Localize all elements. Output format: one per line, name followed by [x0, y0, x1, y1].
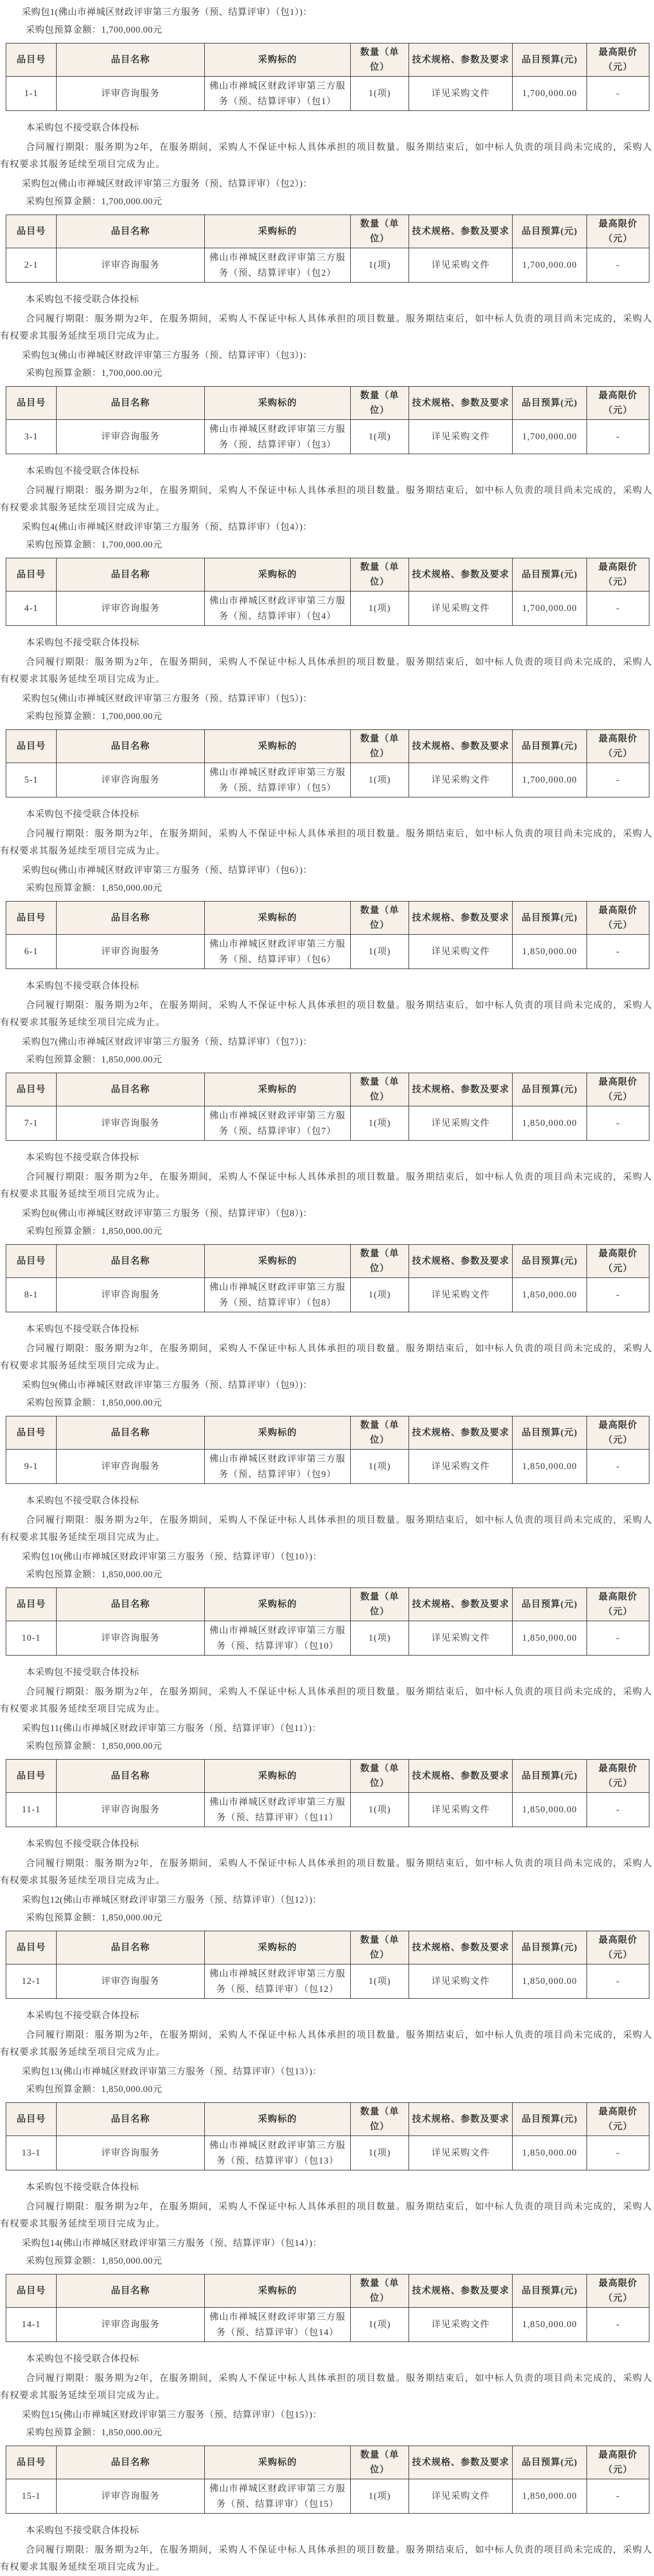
contract-period-note: 合同履行期限：服务期为2年，在服务期间，采购人不保证中标人具体承担的项目数量。服…	[0, 2370, 652, 2404]
col-header-max-price: 最高限价（元）	[587, 387, 649, 420]
cell-item-no: 13-1	[6, 2136, 57, 2170]
items-table: 品目号 品目名称 采购标的 数量（单位） 技术规格、参数及要求 品目预算(元) …	[6, 43, 649, 111]
cell-spec: 详见采购文件	[409, 420, 513, 454]
cell-item-name: 评审咨询服务	[57, 1964, 205, 1999]
col-header-target: 采购标的	[205, 1760, 351, 1793]
col-header-quantity: 数量（单位）	[351, 387, 409, 420]
items-table: 品目号 品目名称 采购标的 数量（单位） 技术规格、参数及要求 品目预算(元) …	[6, 901, 649, 969]
package-budget-line: 采购包预算金额：1,700,000.00元	[0, 711, 654, 723]
col-header-item-no: 品目号	[6, 387, 57, 420]
cell-max-price: -	[587, 420, 649, 454]
col-header-target: 采购标的	[205, 387, 351, 420]
col-header-spec: 技术规格、参数及要求	[409, 1931, 513, 1964]
col-header-item-name: 品目名称	[57, 1931, 205, 1964]
no-consortium-note: 本采购包不接受联合体投标	[0, 1324, 654, 1335]
cell-quantity: 1(项)	[351, 248, 409, 283]
items-table: 品目号 品目名称 采购标的 数量（单位） 技术规格、参数及要求 品目预算(元) …	[6, 1073, 649, 1141]
col-header-max-price: 最高限价（元）	[587, 1931, 649, 1964]
no-consortium-note: 本采购包不接受联合体投标	[0, 2010, 654, 2022]
col-header-budget: 品目预算(元)	[513, 2446, 587, 2479]
col-header-spec: 技术规格、参数及要求	[409, 2103, 513, 2136]
cell-target: 佛山市禅城区财政评审第三方服务（预、结算评审）（包12）	[205, 1964, 351, 1999]
cell-item-name: 评审咨询服务	[57, 763, 205, 797]
table-header-row: 品目号 品目名称 采购标的 数量（单位） 技术规格、参数及要求 品目预算(元) …	[6, 2275, 649, 2308]
cell-item-name: 评审咨询服务	[57, 1278, 205, 1312]
table-row: 6-1 评审咨询服务 佛山市禅城区财政评审第三方服务（预、结算评审）（包6） 1…	[6, 935, 649, 969]
cell-item-name: 评审咨询服务	[57, 2136, 205, 2170]
cell-item-no: 6-1	[6, 935, 57, 969]
cell-item-no: 5-1	[6, 763, 57, 797]
col-header-item-no: 品目号	[6, 730, 57, 763]
cell-target: 佛山市禅城区财政评审第三方服务（预、结算评审）（包3）	[205, 420, 351, 454]
package-section: 采购包14(佛山市禅城区财政评审第三方服务（预、结算评审）（包14）)： 采购包…	[0, 2232, 654, 2404]
cell-max-price: -	[587, 248, 649, 283]
cell-budget: 1,850,000.00	[513, 2308, 587, 2342]
col-header-spec: 技术规格、参数及要求	[409, 558, 513, 592]
col-header-spec: 技术规格、参数及要求	[409, 215, 513, 248]
col-header-quantity: 数量（单位）	[351, 43, 409, 77]
contract-period-note: 合同履行期限：服务期为2年，在服务期间，采购人不保证中标人具体承担的项目数量。服…	[0, 997, 652, 1031]
table-row: 3-1 评审咨询服务 佛山市禅城区财政评审第三方服务（预、结算评审）（包3） 1…	[6, 420, 649, 454]
col-header-max-price: 最高限价（元）	[587, 1073, 649, 1106]
cell-max-price: -	[587, 2136, 649, 2170]
package-title: 采购包11(佛山市禅城区财政评审第三方服务（预、结算评审）（包11）)：	[0, 1723, 654, 1734]
package-title: 采购包3(佛山市禅城区财政评审第三方服务（预、结算评审）（包3）)：	[0, 350, 654, 362]
package-title: 采购包12(佛山市禅城区财政评审第三方服务（预、结算评审）（包12）)：	[0, 1895, 654, 1906]
col-header-item-name: 品目名称	[57, 1416, 205, 1450]
col-header-quantity: 数量（单位）	[351, 1588, 409, 1621]
table-header-row: 品目号 品目名称 采购标的 数量（单位） 技术规格、参数及要求 品目预算(元) …	[6, 902, 649, 935]
package-budget-line: 采购包预算金额：1,850,000.00元	[0, 1569, 654, 1581]
no-consortium-note: 本采购包不接受联合体投标	[0, 981, 654, 992]
cell-spec: 详见采购文件	[409, 2308, 513, 2342]
col-header-max-price: 最高限价（元）	[587, 1760, 649, 1793]
contract-period-note: 合同履行期限：服务期为2年，在服务期间，采购人不保证中标人具体承担的项目数量。服…	[0, 1169, 652, 1202]
table-header-row: 品目号 品目名称 采购标的 数量（单位） 技术规格、参数及要求 品目预算(元) …	[6, 1245, 649, 1278]
cell-item-name: 评审咨询服务	[57, 1793, 205, 1827]
cell-max-price: -	[587, 592, 649, 626]
no-consortium-note: 本采购包不接受联合体投标	[0, 1495, 654, 1507]
package-title: 采购包9(佛山市禅城区财政评审第三方服务（预、结算评审）（包9）)：	[0, 1380, 654, 1391]
cell-item-no: 7-1	[6, 1106, 57, 1141]
package-section: 采购包1(佛山市禅城区财政评审第三方服务（预、结算评审）（包1）)： 采购包预算…	[0, 1, 654, 173]
cell-item-name: 评审咨询服务	[57, 2479, 205, 2514]
col-header-budget: 品目预算(元)	[513, 1760, 587, 1793]
col-header-item-name: 品目名称	[57, 2103, 205, 2136]
table-header-row: 品目号 品目名称 采购标的 数量（单位） 技术规格、参数及要求 品目预算(元) …	[6, 43, 649, 77]
cell-budget: 1,850,000.00	[513, 2136, 587, 2170]
package-budget-line: 采购包预算金额：1,850,000.00元	[0, 2427, 654, 2439]
table-row: 12-1 评审咨询服务 佛山市禅城区财政评审第三方服务（预、结算评审）（包12）…	[6, 1964, 649, 1999]
table-header-row: 品目号 品目名称 采购标的 数量（单位） 技术规格、参数及要求 品目预算(元) …	[6, 2446, 649, 2479]
col-header-item-no: 品目号	[6, 1416, 57, 1450]
no-consortium-note: 本采购包不接受联合体投标	[0, 2525, 654, 2537]
cell-quantity: 1(项)	[351, 1964, 409, 1999]
package-section: 采购包15(佛山市禅城区财政评审第三方服务（预、结算评审）（包15）)： 采购包…	[0, 2404, 654, 2575]
cell-budget: 1,700,000.00	[513, 77, 587, 111]
contract-period-note: 合同履行期限：服务期为2年，在服务期间，采购人不保证中标人具体承担的项目数量。服…	[0, 1512, 652, 1546]
cell-quantity: 1(项)	[351, 420, 409, 454]
package-section: 采购包5(佛山市禅城区财政评审第三方服务（预、结算评审）（包5）)： 采购包预算…	[0, 688, 654, 859]
table-header-row: 品目号 品目名称 采购标的 数量（单位） 技术规格、参数及要求 品目预算(元) …	[6, 2103, 649, 2136]
col-header-item-name: 品目名称	[57, 387, 205, 420]
no-consortium-note: 本采购包不接受联合体投标	[0, 1667, 654, 1678]
package-section: 采购包8(佛山市禅城区财政评审第三方服务（预、结算评审）（包8）)： 采购包预算…	[0, 1202, 654, 1374]
items-table: 品目号 品目名称 采购标的 数量（单位） 技术规格、参数及要求 品目预算(元) …	[6, 1759, 649, 1827]
cell-item-no: 14-1	[6, 2308, 57, 2342]
col-header-spec: 技术规格、参数及要求	[409, 1760, 513, 1793]
col-header-target: 采购标的	[205, 1245, 351, 1278]
cell-item-name: 评审咨询服务	[57, 420, 205, 454]
col-header-item-no: 品目号	[6, 1073, 57, 1106]
procurement-document: { "colors": { "header_bg": "#f6f0e8", "b…	[0, 0, 654, 2575]
cell-item-no: 8-1	[6, 1278, 57, 1312]
items-table: 品目号 品目名称 采购标的 数量（单位） 技术规格、参数及要求 品目预算(元) …	[6, 2446, 649, 2514]
table-header-row: 品目号 品目名称 采购标的 数量（单位） 技术规格、参数及要求 品目预算(元) …	[6, 1588, 649, 1621]
package-section: 采购包10(佛山市禅城区财政评审第三方服务（预、结算评审）（包10）)： 采购包…	[0, 1546, 654, 1717]
package-budget-line: 采购包预算金额：1,850,000.00元	[0, 1741, 654, 1752]
cell-target: 佛山市禅城区财政评审第三方服务（预、结算评审）（包2）	[205, 248, 351, 283]
table-header-row: 品目号 品目名称 采购标的 数量（单位） 技术规格、参数及要求 品目预算(元) …	[6, 730, 649, 763]
no-consortium-note: 本采购包不接受联合体投标	[0, 1152, 654, 1164]
package-budget-line: 采购包预算金额：1,850,000.00元	[0, 1054, 654, 1066]
col-header-quantity: 数量（单位）	[351, 1416, 409, 1450]
items-table: 品目号 品目名称 采购标的 数量（单位） 技术规格、参数及要求 品目预算(元) …	[6, 1416, 649, 1484]
col-header-spec: 技术规格、参数及要求	[409, 902, 513, 935]
col-header-spec: 技术规格、参数及要求	[409, 1073, 513, 1106]
package-title: 采购包7(佛山市禅城区财政评审第三方服务（预、结算评审）（包7）)：	[0, 1037, 654, 1048]
cell-max-price: -	[587, 1621, 649, 1656]
col-header-item-no: 品目号	[6, 902, 57, 935]
cell-quantity: 1(项)	[351, 2479, 409, 2514]
cell-budget: 1,700,000.00	[513, 420, 587, 454]
table-header-row: 品目号 品目名称 采购标的 数量（单位） 技术规格、参数及要求 品目预算(元) …	[6, 387, 649, 420]
col-header-spec: 技术规格、参数及要求	[409, 1588, 513, 1621]
table-row: 7-1 评审咨询服务 佛山市禅城区财政评审第三方服务（预、结算评审）（包7） 1…	[6, 1106, 649, 1141]
no-consortium-note: 本采购包不接受联合体投标	[0, 809, 654, 820]
col-header-item-no: 品目号	[6, 558, 57, 592]
col-header-quantity: 数量（单位）	[351, 2446, 409, 2479]
col-header-spec: 技术规格、参数及要求	[409, 2446, 513, 2479]
package-section: 采购包11(佛山市禅城区财政评审第三方服务（预、结算评审）（包11）)： 采购包…	[0, 1717, 654, 1889]
items-table: 品目号 品目名称 采购标的 数量（单位） 技术规格、参数及要求 品目预算(元) …	[6, 1244, 649, 1312]
cell-target: 佛山市禅城区财政评审第三方服务（预、结算评审）（包11）	[205, 1793, 351, 1827]
table-row: 1-1 评审咨询服务 佛山市禅城区财政评审第三方服务（预、结算评审）（包1） 1…	[6, 77, 649, 111]
table-row: 14-1 评审咨询服务 佛山市禅城区财政评审第三方服务（预、结算评审）（包14）…	[6, 2308, 649, 2342]
package-budget-line: 采购包预算金额：1,700,000.00元	[0, 368, 654, 379]
contract-period-note: 合同履行期限：服务期为2年，在服务期间，采购人不保证中标人具体承担的项目数量。服…	[0, 1855, 652, 1889]
cell-quantity: 1(项)	[351, 2136, 409, 2170]
col-header-budget: 品目预算(元)	[513, 1588, 587, 1621]
col-header-target: 采购标的	[205, 1073, 351, 1106]
cell-budget: 1,850,000.00	[513, 2479, 587, 2514]
contract-period-note: 合同履行期限：服务期为2年，在服务期间，采购人不保证中标人具体承担的项目数量。服…	[0, 2542, 652, 2575]
cell-budget: 1,850,000.00	[513, 935, 587, 969]
package-title: 采购包4(佛山市禅城区财政评审第三方服务（预、结算评审）（包4）)：	[0, 522, 654, 533]
col-header-max-price: 最高限价（元）	[587, 43, 649, 77]
contract-period-note: 合同履行期限：服务期为2年，在服务期间，采购人不保证中标人具体承担的项目数量。服…	[0, 482, 652, 516]
col-header-target: 采购标的	[205, 1931, 351, 1964]
contract-period-note: 合同履行期限：服务期为2年，在服务期间，采购人不保证中标人具体承担的项目数量。服…	[0, 654, 652, 688]
no-consortium-note: 本采购包不接受联合体投标	[0, 466, 654, 477]
col-header-budget: 品目预算(元)	[513, 43, 587, 77]
cell-item-no: 9-1	[6, 1450, 57, 1484]
cell-max-price: -	[587, 935, 649, 969]
col-header-item-no: 品目号	[6, 2103, 57, 2136]
cell-item-no: 2-1	[6, 248, 57, 283]
cell-quantity: 1(项)	[351, 763, 409, 797]
table-header-row: 品目号 品目名称 采购标的 数量（单位） 技术规格、参数及要求 品目预算(元) …	[6, 558, 649, 592]
col-header-max-price: 最高限价（元）	[587, 1416, 649, 1450]
cell-item-no: 4-1	[6, 592, 57, 626]
contract-period-note: 合同履行期限：服务期为2年，在服务期间，采购人不保证中标人具体承担的项目数量。服…	[0, 1684, 652, 1717]
cell-spec: 详见采购文件	[409, 77, 513, 111]
col-header-item-no: 品目号	[6, 1245, 57, 1278]
cell-item-name: 评审咨询服务	[57, 1621, 205, 1656]
col-header-item-name: 品目名称	[57, 1588, 205, 1621]
col-header-budget: 品目预算(元)	[513, 1245, 587, 1278]
table-row: 8-1 评审咨询服务 佛山市禅城区财政评审第三方服务（预、结算评审）（包8） 1…	[6, 1278, 649, 1312]
items-table: 品目号 品目名称 采购标的 数量（单位） 技术规格、参数及要求 品目预算(元) …	[6, 729, 649, 797]
cell-budget: 1,850,000.00	[513, 1278, 587, 1312]
items-table: 品目号 品目名称 采购标的 数量（单位） 技术规格、参数及要求 品目预算(元) …	[6, 1931, 649, 1999]
cell-target: 佛山市禅城区财政评审第三方服务（预、结算评审）（包10）	[205, 1621, 351, 1656]
col-header-spec: 技术规格、参数及要求	[409, 387, 513, 420]
col-header-item-name: 品目名称	[57, 2275, 205, 2308]
package-title: 采购包15(佛山市禅城区财政评审第三方服务（预、结算评审）（包15）)：	[0, 2410, 654, 2421]
package-title: 采购包5(佛山市禅城区财政评审第三方服务（预、结算评审）（包5）)：	[0, 693, 654, 705]
package-budget-line: 采购包预算金额：1,850,000.00元	[0, 1226, 654, 1237]
table-row: 15-1 评审咨询服务 佛山市禅城区财政评审第三方服务（预、结算评审）（包15）…	[6, 2479, 649, 2514]
cell-spec: 详见采购文件	[409, 1278, 513, 1312]
cell-spec: 详见采购文件	[409, 935, 513, 969]
cell-spec: 详见采购文件	[409, 1106, 513, 1141]
items-table: 品目号 品目名称 采购标的 数量（单位） 技术规格、参数及要求 品目预算(元) …	[6, 2274, 649, 2342]
package-section: 采购包3(佛山市禅城区财政评审第三方服务（预、结算评审）（包3）)： 采购包预算…	[0, 344, 654, 516]
cell-max-price: -	[587, 763, 649, 797]
col-header-quantity: 数量（单位）	[351, 1760, 409, 1793]
col-header-max-price: 最高限价（元）	[587, 730, 649, 763]
col-header-target: 采购标的	[205, 1416, 351, 1450]
cell-target: 佛山市禅城区财政评审第三方服务（预、结算评审）（包6）	[205, 935, 351, 969]
cell-max-price: -	[587, 77, 649, 111]
col-header-item-no: 品目号	[6, 1931, 57, 1964]
col-header-budget: 品目预算(元)	[513, 1416, 587, 1450]
col-header-item-name: 品目名称	[57, 1073, 205, 1106]
cell-spec: 详见采购文件	[409, 592, 513, 626]
col-header-target: 采购标的	[205, 2446, 351, 2479]
cell-item-no: 1-1	[6, 77, 57, 111]
cell-max-price: -	[587, 1793, 649, 1827]
col-header-budget: 品目预算(元)	[513, 2103, 587, 2136]
col-header-quantity: 数量（单位）	[351, 1073, 409, 1106]
items-table: 品目号 品目名称 采购标的 数量（单位） 技术规格、参数及要求 品目预算(元) …	[6, 2102, 649, 2170]
cell-spec: 详见采购文件	[409, 248, 513, 283]
no-consortium-note: 本采购包不接受联合体投标	[0, 1839, 654, 1850]
no-consortium-note: 本采购包不接受联合体投标	[0, 637, 654, 649]
cell-quantity: 1(项)	[351, 1106, 409, 1141]
contract-period-note: 合同履行期限：服务期为2年，在服务期间，采购人不保证中标人具体承担的项目数量。服…	[0, 311, 652, 344]
cell-spec: 详见采购文件	[409, 1964, 513, 1999]
col-header-budget: 品目预算(元)	[513, 387, 587, 420]
package-section: 采购包4(佛山市禅城区财政评审第三方服务（预、结算评审）（包4）)： 采购包预算…	[0, 516, 654, 688]
col-header-target: 采购标的	[205, 902, 351, 935]
cell-item-no: 11-1	[6, 1793, 57, 1827]
col-header-target: 采购标的	[205, 43, 351, 77]
col-header-target: 采购标的	[205, 1588, 351, 1621]
cell-item-name: 评审咨询服务	[57, 935, 205, 969]
col-header-spec: 技术规格、参数及要求	[409, 730, 513, 763]
col-header-item-no: 品目号	[6, 2275, 57, 2308]
package-budget-line: 采购包预算金额：1,850,000.00元	[0, 883, 654, 894]
no-consortium-note: 本采购包不接受联合体投标	[0, 2353, 654, 2365]
cell-quantity: 1(项)	[351, 935, 409, 969]
cell-max-price: -	[587, 2308, 649, 2342]
table-header-row: 品目号 品目名称 采购标的 数量（单位） 技术规格、参数及要求 品目预算(元) …	[6, 1760, 649, 1793]
col-header-item-name: 品目名称	[57, 215, 205, 248]
col-header-max-price: 最高限价（元）	[587, 2446, 649, 2479]
cell-spec: 详见采购文件	[409, 1450, 513, 1484]
package-title: 采购包14(佛山市禅城区财政评审第三方服务（预、结算评审）（包14）)：	[0, 2238, 654, 2249]
col-header-item-name: 品目名称	[57, 2446, 205, 2479]
no-consortium-note: 本采购包不接受联合体投标	[0, 122, 654, 134]
col-header-item-no: 品目号	[6, 1588, 57, 1621]
col-header-target: 采购标的	[205, 2275, 351, 2308]
col-header-target: 采购标的	[205, 730, 351, 763]
package-budget-line: 采购包预算金额：1,700,000.00元	[0, 539, 654, 551]
package-section: 采购包2(佛山市禅城区财政评审第三方服务（预、结算评审）（包2）)： 采购包预算…	[0, 173, 654, 344]
contract-period-note: 合同履行期限：服务期为2年，在服务期间，采购人不保证中标人具体承担的项目数量。服…	[0, 139, 652, 173]
col-header-spec: 技术规格、参数及要求	[409, 1416, 513, 1450]
col-header-target: 采购标的	[205, 2103, 351, 2136]
cell-item-no: 3-1	[6, 420, 57, 454]
table-row: 9-1 评审咨询服务 佛山市禅城区财政评审第三方服务（预、结算评审）（包9） 1…	[6, 1450, 649, 1484]
cell-quantity: 1(项)	[351, 1621, 409, 1656]
col-header-item-no: 品目号	[6, 1760, 57, 1793]
col-header-target: 采购标的	[205, 215, 351, 248]
cell-target: 佛山市禅城区财政评审第三方服务（预、结算评审）（包5）	[205, 763, 351, 797]
cell-item-name: 评审咨询服务	[57, 2308, 205, 2342]
col-header-item-no: 品目号	[6, 2446, 57, 2479]
col-header-budget: 品目预算(元)	[513, 558, 587, 592]
cell-target: 佛山市禅城区财政评审第三方服务（预、结算评审）（包14）	[205, 2308, 351, 2342]
cell-max-price: -	[587, 2479, 649, 2514]
cell-max-price: -	[587, 1106, 649, 1141]
table-row: 5-1 评审咨询服务 佛山市禅城区财政评审第三方服务（预、结算评审）（包5） 1…	[6, 763, 649, 797]
col-header-max-price: 最高限价（元）	[587, 2103, 649, 2136]
package-section: 采购包13(佛山市禅城区财政评审第三方服务（预、结算评审）（包13）)： 采购包…	[0, 2061, 654, 2232]
cell-target: 佛山市禅城区财政评审第三方服务（预、结算评审）（包1）	[205, 77, 351, 111]
items-table: 品目号 品目名称 采购标的 数量（单位） 技术规格、参数及要求 品目预算(元) …	[6, 1587, 649, 1656]
package-section: 采购包6(佛山市禅城区财政评审第三方服务（预、结算评审）（包6）)： 采购包预算…	[0, 859, 654, 1031]
col-header-quantity: 数量（单位）	[351, 558, 409, 592]
col-header-item-name: 品目名称	[57, 730, 205, 763]
table-header-row: 品目号 品目名称 采购标的 数量（单位） 技术规格、参数及要求 品目预算(元) …	[6, 1931, 649, 1964]
items-table: 品目号 品目名称 采购标的 数量（单位） 技术规格、参数及要求 品目预算(元) …	[6, 215, 649, 283]
contract-period-note: 合同履行期限：服务期为2年，在服务期间，采购人不保证中标人具体承担的项目数量。服…	[0, 2027, 652, 2061]
cell-spec: 详见采购文件	[409, 1793, 513, 1827]
col-header-max-price: 最高限价（元）	[587, 2275, 649, 2308]
cell-quantity: 1(项)	[351, 77, 409, 111]
cell-item-name: 评审咨询服务	[57, 592, 205, 626]
package-title: 采购包2(佛山市禅城区财政评审第三方服务（预、结算评审）（包2）)：	[0, 178, 654, 190]
col-header-target: 采购标的	[205, 558, 351, 592]
table-row: 4-1 评审咨询服务 佛山市禅城区财政评审第三方服务（预、结算评审）（包4） 1…	[6, 592, 649, 626]
cell-item-name: 评审咨询服务	[57, 1450, 205, 1484]
col-header-budget: 品目预算(元)	[513, 2275, 587, 2308]
package-section: 采购包12(佛山市禅城区财政评审第三方服务（预、结算评审）（包12）)： 采购包…	[0, 1889, 654, 2061]
col-header-budget: 品目预算(元)	[513, 1073, 587, 1106]
cell-item-no: 15-1	[6, 2479, 57, 2514]
cell-spec: 详见采购文件	[409, 2136, 513, 2170]
cell-item-name: 评审咨询服务	[57, 77, 205, 111]
col-header-item-name: 品目名称	[57, 1245, 205, 1278]
col-header-max-price: 最高限价（元）	[587, 1245, 649, 1278]
cell-quantity: 1(项)	[351, 1793, 409, 1827]
cell-target: 佛山市禅城区财政评审第三方服务（预、结算评审）（包9）	[205, 1450, 351, 1484]
cell-budget: 1,700,000.00	[513, 248, 587, 283]
cell-item-name: 评审咨询服务	[57, 248, 205, 283]
col-header-budget: 品目预算(元)	[513, 215, 587, 248]
package-title: 采购包6(佛山市禅城区财政评审第三方服务（预、结算评审）（包6）)：	[0, 865, 654, 876]
table-header-row: 品目号 品目名称 采购标的 数量（单位） 技术规格、参数及要求 品目预算(元) …	[6, 1073, 649, 1106]
cell-item-name: 评审咨询服务	[57, 1106, 205, 1141]
col-header-item-name: 品目名称	[57, 1760, 205, 1793]
col-header-quantity: 数量（单位）	[351, 902, 409, 935]
cell-item-no: 12-1	[6, 1964, 57, 1999]
col-header-max-price: 最高限价（元）	[587, 902, 649, 935]
col-header-item-no: 品目号	[6, 43, 57, 77]
package-section: 采购包9(佛山市禅城区财政评审第三方服务（预、结算评审）（包9）)： 采购包预算…	[0, 1374, 654, 1546]
package-title: 采购包8(佛山市禅城区财政评审第三方服务（预、结算评审）（包8）)：	[0, 1208, 654, 1220]
cell-target: 佛山市禅城区财政评审第三方服务（预、结算评审）（包8）	[205, 1278, 351, 1312]
package-title: 采购包13(佛山市禅城区财政评审第三方服务（预、结算评审）（包13）)：	[0, 2066, 654, 2078]
package-budget-line: 采购包预算金额：1,850,000.00元	[0, 2084, 654, 2095]
col-header-item-name: 品目名称	[57, 558, 205, 592]
cell-target: 佛山市禅城区财政评审第三方服务（预、结算评审）（包7）	[205, 1106, 351, 1141]
col-header-budget: 品目预算(元)	[513, 730, 587, 763]
col-header-max-price: 最高限价（元）	[587, 558, 649, 592]
cell-quantity: 1(项)	[351, 1278, 409, 1312]
table-row: 10-1 评审咨询服务 佛山市禅城区财政评审第三方服务（预、结算评审）（包10）…	[6, 1621, 649, 1656]
package-sections-container: 采购包1(佛山市禅城区财政评审第三方服务（预、结算评审）（包1）)： 采购包预算…	[0, 0, 654, 2575]
cell-budget: 1,700,000.00	[513, 763, 587, 797]
cell-target: 佛山市禅城区财政评审第三方服务（预、结算评审）（包4）	[205, 592, 351, 626]
cell-budget: 1,850,000.00	[513, 1621, 587, 1656]
package-budget-line: 采购包预算金额：1,850,000.00元	[0, 1398, 654, 1409]
contract-period-note: 合同履行期限：服务期为2年，在服务期间，采购人不保证中标人具体承担的项目数量。服…	[0, 1340, 652, 1374]
table-row: 11-1 评审咨询服务 佛山市禅城区财政评审第三方服务（预、结算评审）（包11）…	[6, 1793, 649, 1827]
col-header-max-price: 最高限价（元）	[587, 1588, 649, 1621]
col-header-quantity: 数量（单位）	[351, 730, 409, 763]
package-title: 采购包1(佛山市禅城区财政评审第三方服务（预、结算评审）（包1）)：	[0, 7, 654, 18]
cell-budget: 1,850,000.00	[513, 1106, 587, 1141]
items-table: 品目号 品目名称 采购标的 数量（单位） 技术规格、参数及要求 品目预算(元) …	[6, 386, 649, 454]
table-header-row: 品目号 品目名称 采购标的 数量（单位） 技术规格、参数及要求 品目预算(元) …	[6, 215, 649, 248]
cell-target: 佛山市禅城区财政评审第三方服务（预、结算评审）（包13）	[205, 2136, 351, 2170]
col-header-budget: 品目预算(元)	[513, 1931, 587, 1964]
cell-budget: 1,850,000.00	[513, 1450, 587, 1484]
table-row: 2-1 评审咨询服务 佛山市禅城区财政评审第三方服务（预、结算评审）（包2） 1…	[6, 248, 649, 283]
table-row: 13-1 评审咨询服务 佛山市禅城区财政评审第三方服务（预、结算评审）（包13）…	[6, 2136, 649, 2170]
col-header-item-no: 品目号	[6, 215, 57, 248]
cell-spec: 详见采购文件	[409, 2479, 513, 2514]
col-header-quantity: 数量（单位）	[351, 1931, 409, 1964]
col-header-spec: 技术规格、参数及要求	[409, 2275, 513, 2308]
col-header-quantity: 数量（单位）	[351, 2275, 409, 2308]
cell-budget: 1,850,000.00	[513, 1964, 587, 1999]
contract-period-note: 合同履行期限：服务期为2年，在服务期间，采购人不保证中标人具体承担的项目数量。服…	[0, 2198, 652, 2232]
